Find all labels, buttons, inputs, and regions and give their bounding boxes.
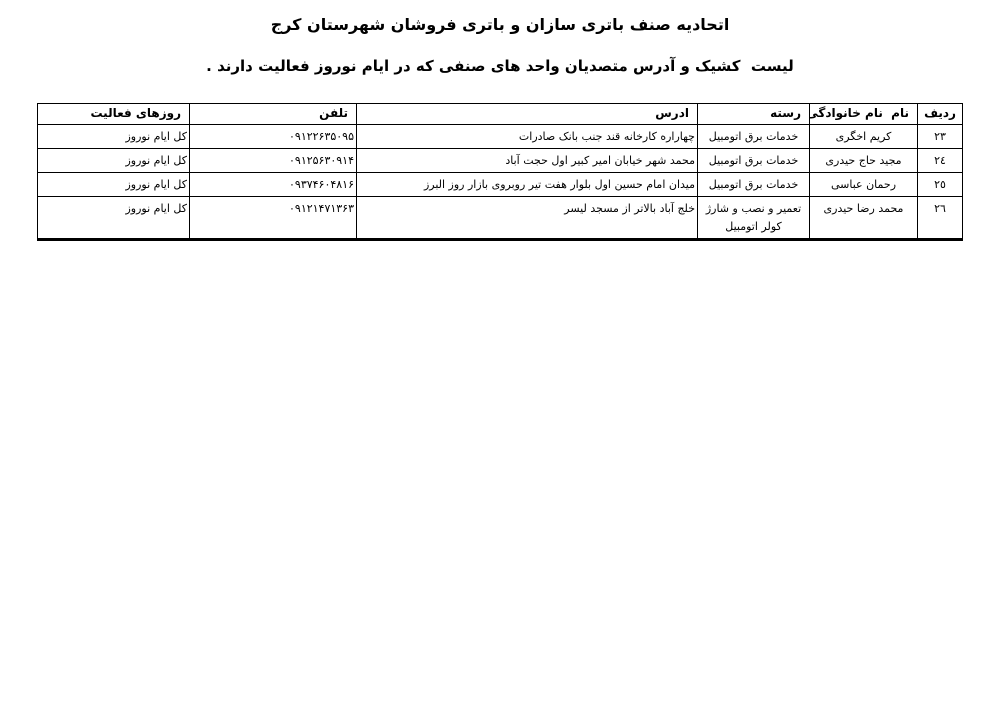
cell-address: چهاراره کارخانه قند جنب بانک صادرات — [357, 125, 698, 149]
table-row: ۲٦ محمد رضا حیدری تعمیر و نصب و شارژ کول… — [38, 197, 963, 240]
cell-days: کل ایام نوروز — [38, 149, 190, 173]
cell-row-no: ۲٥ — [918, 173, 963, 197]
cell-category: خدمات برق اتومبیل — [698, 149, 810, 173]
document-page: اتحادیه صنف باتری سازان و باتری فروشان ش… — [0, 0, 1000, 706]
cell-row-no: ۲۳ — [918, 125, 963, 149]
cell-name: محمد رضا حیدری — [810, 197, 918, 240]
cell-category: خدمات برق اتومبیل — [698, 173, 810, 197]
cell-name: کریم اخگری — [810, 125, 918, 149]
table-header-row: ردیف نام نام خانوادگی رسته ادرس تلفن روز… — [38, 104, 963, 125]
cell-phone: ۰۹۱۲۲۶۳۵۰۹۵ — [190, 125, 357, 149]
cell-row-no: ۲٤ — [918, 149, 963, 173]
table-row: ۲٤ مجید حاج حیدری خدمات برق اتومبیل محمد… — [38, 149, 963, 173]
header-category: رسته — [698, 104, 810, 125]
header-address: ادرس — [357, 104, 698, 125]
cell-category: تعمیر و نصب و شارژ کولر اتومبیل — [698, 197, 810, 240]
header-phone: تلفن — [190, 104, 357, 125]
cell-name: رحمان عباسی — [810, 173, 918, 197]
document-title: اتحادیه صنف باتری سازان و باتری فروشان ش… — [0, 15, 1000, 34]
cell-days: کل ایام نوروز — [38, 173, 190, 197]
roster-table: ردیف نام نام خانوادگی رسته ادرس تلفن روز… — [37, 103, 963, 241]
cell-category: خدمات برق اتومبیل — [698, 125, 810, 149]
cell-days: کل ایام نوروز — [38, 125, 190, 149]
cell-phone: ۰۹۳۷۴۶۰۴۸۱۶ — [190, 173, 357, 197]
cell-address: خلج آباد بالاتر از مسجد لیسر — [357, 197, 698, 240]
table-row: ۲۳ کریم اخگری خدمات برق اتومبیل چهاراره … — [38, 125, 963, 149]
cell-row-no: ۲٦ — [918, 197, 963, 240]
document-subtitle: لیست کشیک و آدرس متصدیان واحد های صنفی ک… — [0, 57, 1000, 75]
header-row-no: ردیف — [918, 104, 963, 125]
cell-days: کل ایام نوروز — [38, 197, 190, 240]
header-name: نام نام خانوادگی — [810, 104, 918, 125]
cell-name: مجید حاج حیدری — [810, 149, 918, 173]
cell-address: میدان امام حسین اول بلوار هفت تیر روبروی… — [357, 173, 698, 197]
cell-address: محمد شهر خیابان امیر کبیر اول حجت آباد — [357, 149, 698, 173]
cell-phone: ۰۹۱۲۵۶۳۰۹۱۴ — [190, 149, 357, 173]
cell-phone: ۰۹۱۲۱۴۷۱۳۶۳ — [190, 197, 357, 240]
table-row: ۲٥ رحمان عباسی خدمات برق اتومبیل میدان ا… — [38, 173, 963, 197]
header-days: روزهای فعالیت — [38, 104, 190, 125]
